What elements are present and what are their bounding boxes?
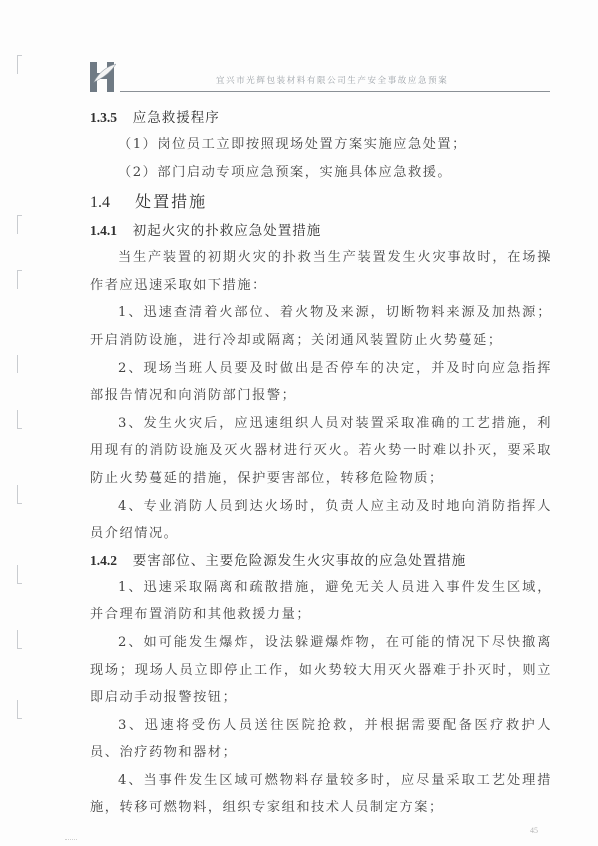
- list-item: 2、如可能发生爆炸，设法躲避爆炸物，在可能的情况下尽快撤离现场；现场人员立即停止…: [90, 629, 552, 712]
- binding-mark: [17, 55, 22, 74]
- list-item: 1、迅速采取隔离和疏散措施，避免无关人员进入事件发生区域，并合理布置消防和其他救…: [90, 574, 552, 629]
- section-number: 1.4: [90, 187, 130, 219]
- section-heading-1-3-5: 1.3.5 应急救援程序: [90, 105, 552, 131]
- company-logo-icon: [90, 60, 116, 92]
- list-item: 3、迅速将受伤人员送往医院抢救，并根据需要配备医疗救护人员、治疗药物和器材；: [90, 712, 552, 767]
- list-item: 2、现场当班人员要及时做出是否停车的决定，并及时向应急指挥部报告情况和向消防部门…: [90, 355, 552, 410]
- header-title: 宜兴市光辉包装材料有限公司生产安全事故应急预案: [216, 74, 448, 86]
- section-title: 处置措施: [135, 192, 207, 211]
- section-heading-1-4-2: 1.4.2 要害部位、主要危险源发生火灾事故的应急处置措施: [90, 548, 552, 574]
- list-item: 4、当事件发生区域可燃物料存量较多时，应尽量采取工艺处理措施，转移可燃物料，组织…: [90, 767, 552, 822]
- header-rule: [120, 91, 550, 92]
- section-heading-1-4: 1.4 处置措施: [90, 186, 552, 218]
- section-title: 初起火灾的扑救应急处置措施: [133, 223, 322, 239]
- list-item: （2）部门启动专项应急预案，实施具体应急救援。: [90, 159, 552, 187]
- page-header: 宜兴市光辉包装材料有限公司生产安全事故应急预案: [90, 60, 550, 94]
- list-item: 1、迅速查清着火部位、着火物及来源，切断物料来源及加热源；开启消防设施，进行冷却…: [90, 299, 552, 354]
- binding-mark: [17, 700, 22, 719]
- binding-mark: [17, 215, 22, 234]
- binding-mark: [17, 355, 22, 373]
- section-number: 1.3.5: [90, 105, 128, 131]
- binding-mark: [17, 410, 22, 429]
- page-number: 45: [530, 826, 538, 835]
- list-item: 4、专业消防人员到达火场时，负责人应主动及时地向消防指挥人员介绍情况。: [90, 493, 552, 548]
- section-number: 1.4.1: [90, 218, 128, 244]
- binding-mark: [17, 630, 22, 649]
- binding-mark: [17, 270, 22, 289]
- section-heading-1-4-1: 1.4.1 初起火灾的扑救应急处置措施: [90, 218, 552, 244]
- binding-mark: [17, 485, 22, 504]
- list-item: （1）岗位员工立即按照现场处置方案实施应急处置；: [90, 131, 552, 159]
- paragraph-intro: 当生产装置的初期火灾的扑救当生产装置发生火灾事故时，在场操作者应迅速采取如下措施…: [90, 244, 552, 299]
- footer-mark: [65, 839, 77, 840]
- binding-mark: [17, 565, 22, 584]
- section-number: 1.4.2: [90, 548, 128, 574]
- section-title: 要害部位、主要危险源发生火灾事故的应急处置措施: [133, 553, 467, 569]
- section-title: 应急救援程序: [133, 110, 220, 126]
- document-body: 1.3.5 应急救援程序 （1）岗位员工立即按照现场处置方案实施应急处置； （2…: [90, 105, 552, 822]
- list-item: 3、发生火灾后，应迅速组织人员对装置采取准确的工艺措施，利用现有的消防设施及灭火…: [90, 410, 552, 493]
